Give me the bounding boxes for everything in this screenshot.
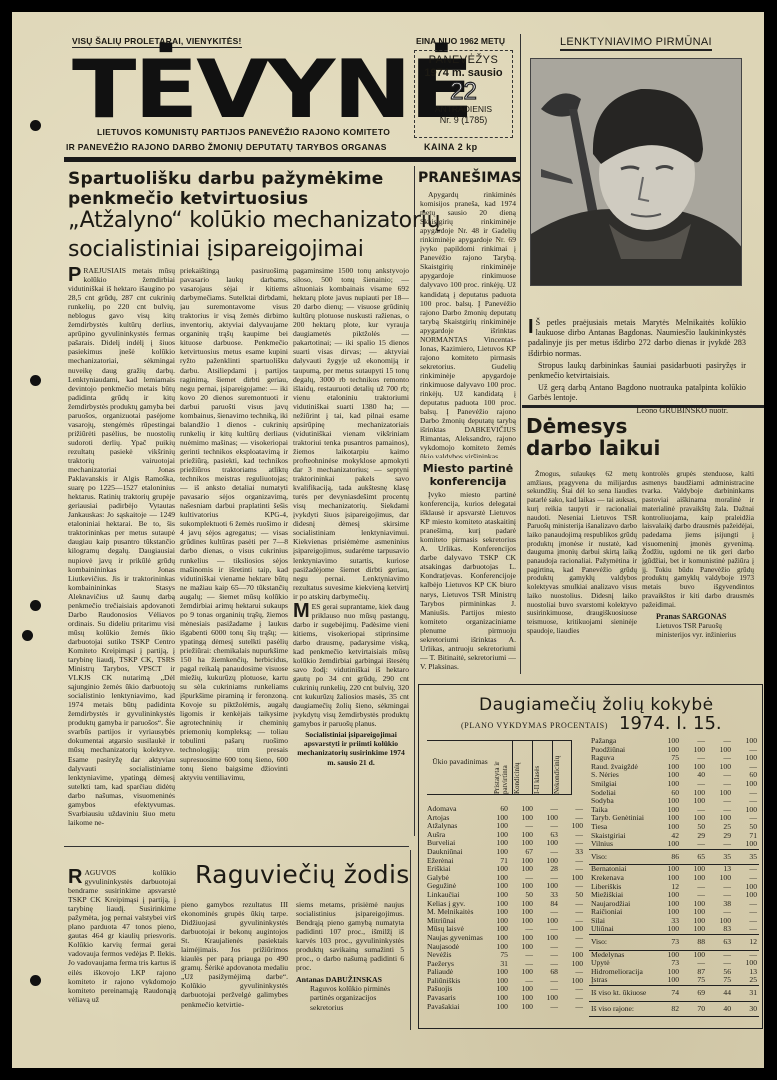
header-class: I-II klasės <box>533 741 553 794</box>
binder-hole <box>30 600 41 611</box>
value-cell: — <box>560 1003 585 1012</box>
value-cell: 30 <box>733 1001 759 1017</box>
lead-text: RAEJUSIAIS metais mūsų kolūkio žemdirbia… <box>68 266 175 827</box>
column-divider <box>410 850 411 1030</box>
masthead-rule <box>64 157 516 162</box>
farm-name-cell: Pavašakiai <box>425 1003 485 1012</box>
lead-dropcap: P <box>68 266 81 284</box>
value-cell: 35 <box>707 849 733 865</box>
attention-title-2: darbo laikui <box>526 437 660 459</box>
attention-text: kontrolės grupės stenduose, kalti asmeny… <box>642 470 754 609</box>
conference-body: Įvyko miesto partinė konferencija, kurio… <box>420 490 516 671</box>
issue-price: KAINA 2 kp <box>424 142 478 152</box>
issue-city: PANEVĖŽYS <box>415 54 512 67</box>
portrait-photo <box>530 58 742 286</box>
raguva-text: siems metams, prisiėmė naujus socialisti… <box>296 900 404 972</box>
table-row: Pavašakiai100100—— <box>425 1003 585 1012</box>
attention-title: Dėmesys darbo laikui <box>526 415 660 459</box>
attention-author-role: Lietuvos TSR Paruošų ministerijos vyr. i… <box>642 622 754 639</box>
lead-kicker-1: Spartuolišku darbu pažymėkime <box>68 170 384 189</box>
announcement-text: Apygardų rinkiminės komisijos praneša, k… <box>420 190 516 458</box>
issue-date-box: PANEVĖŽYS 1974 m. sausio 22 ANTRADIENIS … <box>414 50 513 138</box>
lead-text: ES gerai suprantame, kiek daug priklauso… <box>293 602 409 729</box>
column-divider <box>414 166 415 836</box>
table-row: Vilnius100——100 <box>589 840 759 849</box>
raguva-column-3: siems metams, prisiėmė naujus socialisti… <box>296 900 404 1028</box>
value-cell: 69 <box>681 986 707 1002</box>
lead-text: priekaištingą pasiruošimą pavasario lauk… <box>180 266 288 782</box>
grass-quality-box: Daugiamečių žolių kokybė (PLANO VYKDYMAS… <box>418 684 763 1029</box>
value-cell: 100 <box>485 1003 510 1012</box>
binder-hole <box>30 375 41 386</box>
lead-signoff: Socialistiniai įsipareigojimai apsvarsty… <box>293 730 409 766</box>
value-cell: 74 <box>655 986 681 1002</box>
announcement-title: PRANEŠIMAS <box>418 170 518 186</box>
newspaper-title: TĖVYNĖ <box>72 50 472 130</box>
lead-article-column-1: PRAEJUSIAIS metais mūsų kolūkio žemdirbi… <box>68 266 175 846</box>
value-cell: 82 <box>655 1001 681 1017</box>
raguva-column-2: pieno gamybos rezultatus III ekonominės … <box>181 900 288 1028</box>
raguva-dropcap: R <box>68 868 82 886</box>
header-conditional: Kondicinių <box>513 741 533 794</box>
attention-title-1: Dėmesys <box>526 415 660 437</box>
caption-paragraph: Š petles praėjusiais metais Marytės Meln… <box>528 318 746 358</box>
conference-title-2: konferencija <box>418 475 518 488</box>
binder-hole <box>30 120 41 131</box>
caption-paragraph: Už gerą darbą Antano Bagdono nuotrauka p… <box>528 383 746 403</box>
lead-text: pagaminsime 1500 tonų ankstyvojo siloso,… <box>293 266 409 601</box>
farm-name-cell: Vilnius <box>589 840 655 849</box>
value-cell: 31 <box>733 986 759 1002</box>
raguva-column-1: RAGUVOS kolūkio gyvulininkystės darbuoto… <box>68 868 176 1028</box>
value-cell: 75 <box>681 976 707 985</box>
lead-article-column-2: priekaištingą pasiruošimą pavasario lauk… <box>180 266 288 846</box>
lead-article-column-3: pagaminsime 1500 tonų ankstyvojo siloso,… <box>293 266 409 846</box>
photo-caption: IŠ petles praėjusiais metais Marytės Mel… <box>528 318 746 416</box>
raguva-author: Antanas DABUŽINSKAS <box>296 975 404 984</box>
raguva-text: pieno gamybos rezultatus III ekonominės … <box>181 900 288 1009</box>
value-cell: — <box>535 1003 560 1012</box>
attention-column-1: Žmogus, sulaukęs 62 metų amžiaus, pragyv… <box>527 470 637 675</box>
value-cell: — <box>707 840 733 849</box>
value-cell: 63 <box>707 935 733 951</box>
grass-table-title: Daugiamečių žolių kokybė <box>479 695 714 715</box>
value-cell: 100 <box>681 925 707 934</box>
value-cell: 100 <box>510 1003 535 1012</box>
caption-paragraph: Stropus laukų darbininkas šauniai pasida… <box>528 361 746 381</box>
grass-table-left: Adomava60100——Artojas100100100—Atžalynas… <box>425 805 585 1011</box>
value-cell: 25 <box>733 976 759 985</box>
header-delivered: Pristatyta ir patvirtinta <box>493 741 513 794</box>
organ-line-1: LIETUVOS KOMUNISTŲ PARTIJOS PANEVĖŽIO RA… <box>97 127 390 137</box>
value-cell: 75 <box>707 976 733 985</box>
value-cell: 100 <box>655 976 681 985</box>
conference-title: Miesto partinė konferencija <box>418 462 518 488</box>
table-total-row: Iš viso rajone:82704030 <box>589 1001 759 1017</box>
binder-hole <box>22 630 33 641</box>
value-cell: 40 <box>707 1001 733 1017</box>
value-cell: 100 <box>733 840 759 849</box>
issue-day: 22 <box>415 79 512 105</box>
value-cell: 73 <box>655 935 681 951</box>
caption-dropcap: I <box>528 318 534 336</box>
grass-table-subtitle: (PLANO VYKDYMAS PROCENTAIS) <box>461 721 608 730</box>
value-cell: — <box>681 840 707 849</box>
farm-name-cell: Viso: <box>589 849 655 865</box>
grass-table-date: 1974. I. 15. <box>619 713 722 734</box>
attention-text: Žmogus, sulaukęs 62 metų amžiaus, pragyv… <box>527 470 637 635</box>
issue-weekday: ANTRADIENIS <box>415 105 512 115</box>
header-farm: Ūkio pavadinimas <box>427 741 493 794</box>
raguva-title: Raguviečių žodis <box>195 860 410 889</box>
table-total-row: Viso:86653535 <box>589 849 759 865</box>
grass-table-right: Pažanga100——100Puodžiūnai100100100—Raguv… <box>589 737 759 1017</box>
section-divider <box>64 846 409 847</box>
value-cell: 70 <box>681 1001 707 1017</box>
value-cell: 83 <box>707 925 733 934</box>
table-row: Uliūnai10010083— <box>589 925 759 934</box>
conference-title-1: Miesto partinė <box>418 462 518 475</box>
value-cell: 86 <box>655 849 681 865</box>
value-cell: 65 <box>681 849 707 865</box>
table-row: Įstras100757525 <box>589 976 759 985</box>
farm-name-cell: Viso: <box>589 935 655 951</box>
column-divider <box>520 34 521 674</box>
table-total-row: Iš viso kt. ūkiuose74694431 <box>589 986 759 1002</box>
farm-name-cell: Iš viso kt. ūkiuose <box>589 986 655 1002</box>
lead-headline-2: socialistiniai įsipareigojimai <box>68 236 364 264</box>
lead-col3-dropcap: M <box>293 602 310 620</box>
farm-name-cell: Įstras <box>589 976 655 985</box>
value-cell: 12 <box>733 935 759 951</box>
value-cell: 100 <box>655 840 681 849</box>
announcement-body: Apygardų rinkiminės komisijos praneša, k… <box>420 190 516 458</box>
value-cell: 88 <box>681 935 707 951</box>
raguva-text: AGUVOS kolūkio gyvulininkystės darbuotoj… <box>68 868 176 1004</box>
conference-text: Įvyko miesto partinė konferencija, kurio… <box>420 490 516 676</box>
value-cell: — <box>733 925 759 934</box>
header-nonconditional: Nekondicinių <box>553 741 572 794</box>
raguva-author-role: Raguvos kolūkio pirminės partinės organi… <box>296 984 404 1011</box>
value-cell: 44 <box>707 986 733 1002</box>
lead-headline-1: „Atžalyno“ kolūkio mechanizatorių <box>68 207 440 235</box>
farm-name-cell: Iš viso rajone: <box>589 1001 655 1017</box>
grass-table-header: Ūkio pavadinimas Pristatyta ir patvirtin… <box>427 740 572 795</box>
issue-number: Nr. 9 (1785) <box>415 115 512 125</box>
section-title: LENKTYNIAVIMO PIRMŪNAI <box>560 36 712 51</box>
organ-line-2: IR PANEVĖŽIO RAJONO DARBO ŽMONIŲ DEPUTAT… <box>66 142 387 152</box>
table-total-row: Viso:73886312 <box>589 935 759 951</box>
value-cell: 100 <box>655 925 681 934</box>
portrait-image <box>531 59 742 286</box>
binder-hole <box>30 975 41 986</box>
value-cell: 35 <box>733 849 759 865</box>
attention-column-2: kontrolės grupės stenduose, kalti asmeny… <box>642 470 754 675</box>
farm-name-cell: Uliūnai <box>589 925 655 934</box>
